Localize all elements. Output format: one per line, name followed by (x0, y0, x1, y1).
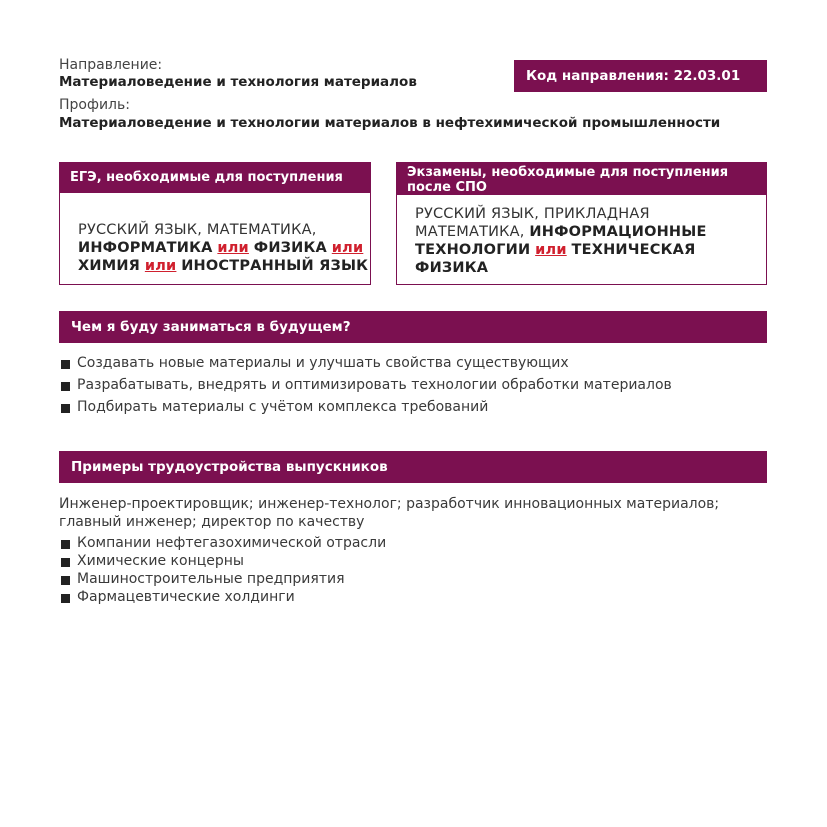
list-item: Создавать новые материалы и улучшать сво… (59, 355, 769, 371)
ege-line-1: РУССКИЙ ЯЗЫК, МАТЕМАТИКА, (78, 221, 370, 239)
profile-value: Материаловедение и технологии материалов… (59, 115, 720, 132)
list-item: Фармацевтические холдинги (59, 589, 759, 605)
ege-card: ЕГЭ, необходимые для поступления РУССКИЙ… (59, 162, 371, 285)
ege-line-3: ХИМИЯ или ИНОСТРАННЫЙ ЯЗЫК (78, 257, 370, 275)
ege-line-2: ИНФОРМАТИКА или ФИЗИКА или (78, 239, 370, 257)
employment-section-header: Примеры трудоустройства выпускников (59, 451, 767, 483)
list-item: Машиностроительные предприятия (59, 571, 759, 587)
list-item: Химические концерны (59, 553, 759, 569)
ege-card-title: ЕГЭ, необходимые для поступления (60, 163, 370, 193)
ege-card-body: РУССКИЙ ЯЗЫК, МАТЕМАТИКА, ИНФОРМАТИКА ил… (60, 193, 370, 275)
future-section-header: Чем я буду заниматься в будущем? (59, 311, 767, 343)
spo-card-title: Экзамены, необходимые для поступления по… (397, 163, 766, 195)
direction-code-badge: Код направления: 22.03.01 (514, 60, 767, 92)
list-item: Компании нефтегазохимической отрасли (59, 535, 759, 551)
future-list: Создавать новые материалы и улучшать сво… (59, 355, 769, 415)
list-item: Разрабатывать, внедрять и оптимизировать… (59, 377, 769, 393)
profile-label: Профиль: (59, 97, 130, 114)
direction-label: Направление: (59, 57, 162, 74)
list-item: Подбирать материалы с учётом комплекса т… (59, 399, 769, 415)
employment-text: Инженер-проектировщик; инженер-технолог;… (59, 495, 749, 531)
spo-card: Экзамены, необходимые для поступления по… (396, 162, 767, 285)
employment-list: Компании нефтегазохимической отрасли Хим… (59, 535, 759, 605)
spo-card-body: РУССКИЙ ЯЗЫК, ПРИКЛАДНАЯ МАТЕМАТИКА, ИНФ… (397, 195, 766, 277)
direction-value: Материаловедение и технология материалов (59, 74, 417, 91)
